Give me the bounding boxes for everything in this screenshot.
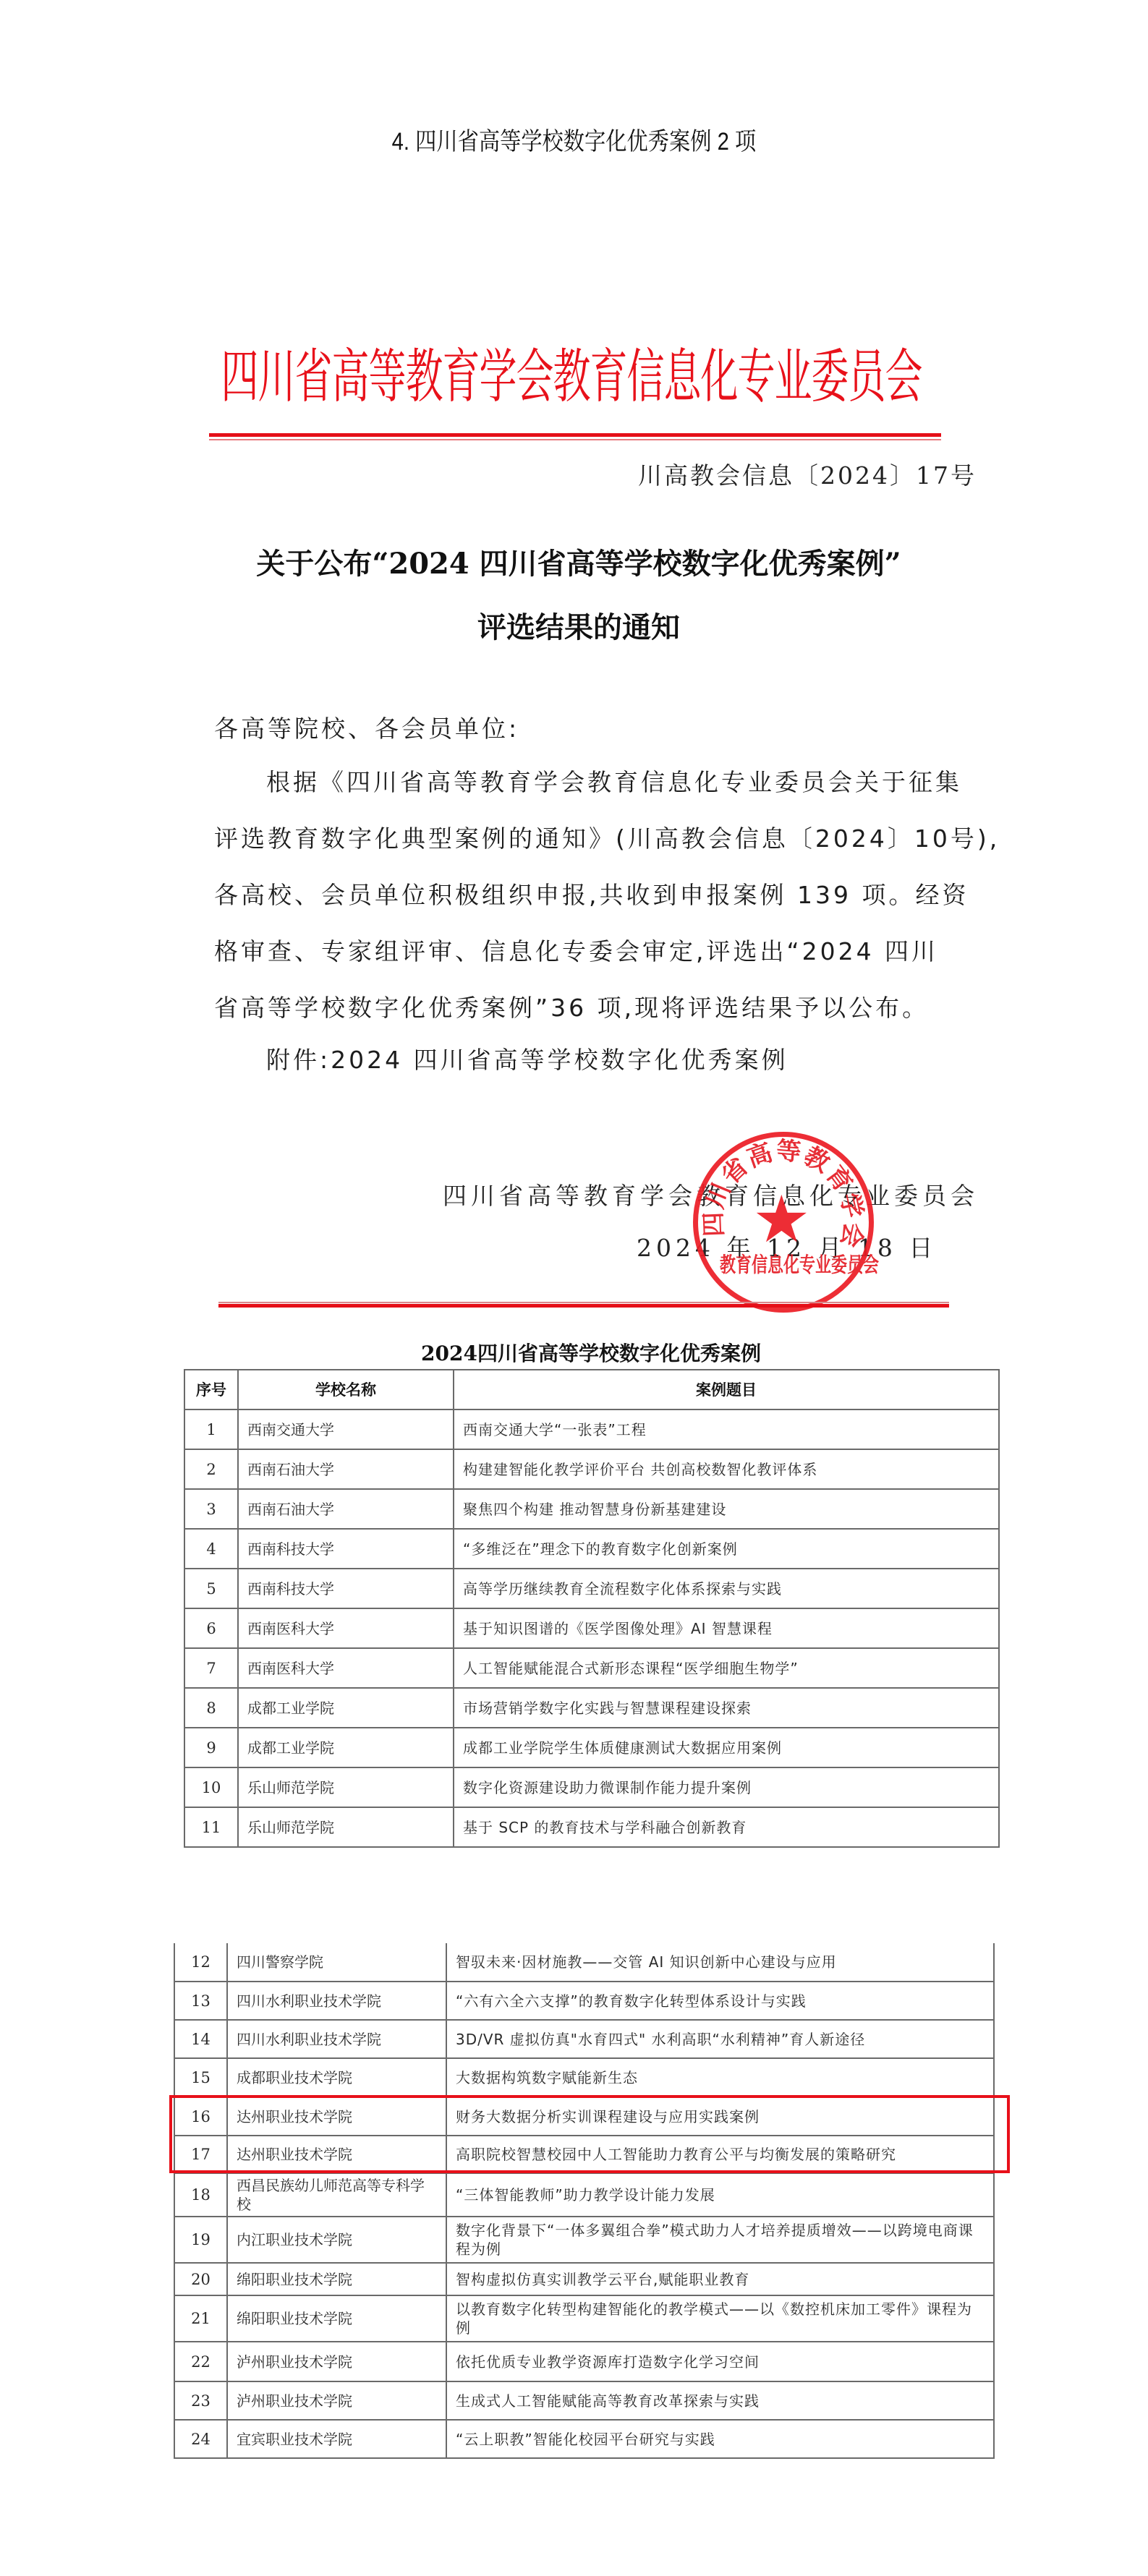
row-no: 19 [174,2217,227,2263]
row-no: 11 [184,1807,238,1847]
table-row: 20绵阳职业技术学院智构虚拟仿真实训教学云平台,赋能职业教育 [174,2263,994,2295]
row-school: 乐山师范学院 [238,1807,454,1847]
table-row: 23泸州职业技术学院生成式人工智能赋能高等教育改革探索与实践 [174,2381,994,2420]
notice-title-line2: 评选结果的通知 [181,605,977,646]
row-case: “云上职教”智能化校园平台研究与实践 [446,2420,994,2458]
row-no: 4 [184,1529,238,1569]
row-school: 西南医科大学 [238,1648,454,1688]
row-no: 1 [184,1409,238,1449]
row-case: 聚焦四个构建 推动智慧身份新基建建设 [454,1489,999,1529]
row-no: 5 [184,1569,238,1608]
row-no: 24 [174,2420,227,2458]
table-row: 9成都工业学院成都工业学院学生体质健康测试大数据应用案例 [184,1728,999,1767]
row-case: “六有六全六支撑”的教育数字化转型体系设计与实践 [446,1982,994,2020]
closing-red-rule-thin [218,1302,949,1303]
row-school: 四川警察学院 [227,1943,446,1982]
highlight-box-rows-16-17 [169,2095,1010,2173]
row-no: 8 [184,1688,238,1728]
row-school: 西南科技大学 [238,1529,454,1569]
header-case: 案例题目 [454,1370,999,1409]
row-school: 西南医科大学 [238,1608,454,1648]
table-row: 24宜宾职业技术学院“云上职教”智能化校园平台研究与实践 [174,2420,994,2458]
row-case: 数字化背景下“一体多翼组合拳”模式助力人才培养提质增效——以跨境电商课程为例 [446,2217,994,2263]
attachment-line: 附件:2024 四川省高等学校数字化优秀案例 [266,1041,997,1075]
table-row: 18西昌民族幼儿师范高等专科学校“三体智能教师”助力教学设计能力发展 [174,2173,994,2217]
letterhead-org-name: 四川省高等教育学会教育信息化专业委员会 [217,349,926,407]
table-row: 2西南石油大学构建建智能化教学评价平台 共创高校数智化教评体系 [184,1449,999,1489]
row-no: 6 [184,1608,238,1648]
row-case: 3D/VR 虚拟仿真"水育四式" 水利高职“水利精神”育人新途径 [446,2020,994,2058]
row-school: 四川水利职业技术学院 [227,2020,446,2058]
table-row: 21绵阳职业技术学院以教育数字化转型构建智能化的教学模式——以《数控机床加工零件… [174,2295,994,2342]
row-school: 西南石油大学 [238,1449,454,1489]
row-no: 10 [184,1767,238,1807]
row-school: 泸州职业技术学院 [227,2381,446,2420]
table-row: 11乐山师范学院基于 SCP 的教育技术与学科融合创新教育 [184,1807,999,1847]
salutation: 各高等院校、各会员单位: [214,710,945,744]
row-no: 2 [184,1449,238,1489]
seal-bottom-text: 教育信息化专业委员会 [720,1249,850,1278]
closing-red-rule [218,1304,949,1308]
letterhead-red-rule-thin [209,439,941,440]
table-row: 5西南科技大学高等学历继续教育全流程数字化体系探索与实践 [184,1569,999,1608]
table-row: 3西南石油大学聚焦四个构建 推动智慧身份新基建建设 [184,1489,999,1529]
table-row: 19内江职业技术学院数字化背景下“一体多翼组合拳”模式助力人才培养提质增效——以… [174,2217,994,2263]
row-school: 成都职业技术学院 [227,2058,446,2097]
body-line: 各高校、会员单位积极组织申报,共收到申报案例 139 项。经资 [214,877,945,910]
star-icon: ★ [752,1187,811,1253]
row-no: 20 [174,2263,227,2295]
row-no: 23 [174,2381,227,2420]
row-case: 智驭未来·因材施教——交管 AI 知识创新中心建设与应用 [446,1943,994,1982]
row-case: 依托优质专业教学资源库打造数字化学习空间 [446,2342,994,2381]
row-no: 3 [184,1489,238,1529]
table-row: 7西南医科大学人工智能赋能混合式新形态课程“医学细胞生物学” [184,1648,999,1688]
body-line: 根据《四川省高等教育学会教育信息化专业委员会关于征集 [266,764,997,798]
table-row: 14四川水利职业技术学院3D/VR 虚拟仿真"水育四式" 水利高职“水利精神”育… [174,2020,994,2058]
row-school: 西南交通大学 [238,1409,454,1449]
table-title: 2024四川省高等学校数字化优秀案例 [184,1338,998,1367]
row-no: 18 [174,2173,227,2217]
row-school: 绵阳职业技术学院 [227,2295,446,2342]
row-case: “三体智能教师”助力教学设计能力发展 [446,2173,994,2217]
header-school: 学校名称 [238,1370,454,1409]
row-case: 基于 SCP 的教育技术与学科融合创新教育 [454,1807,999,1847]
row-no: 12 [174,1943,227,1982]
header-no: 序号 [184,1370,238,1409]
row-school: 泸州职业技术学院 [227,2342,446,2381]
row-case: 市场营销学数字化实践与智慧课程建设探索 [454,1688,999,1728]
body-line: 省高等学校数字化优秀案例”36 项,现将评选结果予以公布。 [214,989,945,1023]
row-school: 成都工业学院 [238,1728,454,1767]
official-seal: 四川省高等教育学会 ★ 教育信息化专业委员会 [693,1132,874,1313]
table-row: 8成都工业学院市场营销学数字化实践与智慧课程建设探索 [184,1688,999,1728]
row-school: 西昌民族幼儿师范高等专科学校 [227,2173,446,2217]
table-row: 22泸州职业技术学院依托优质专业教学资源库打造数字化学习空间 [174,2342,994,2381]
row-no: 14 [174,2020,227,2058]
row-case: 人工智能赋能混合式新形态课程“医学细胞生物学” [454,1648,999,1688]
row-school: 绵阳职业技术学院 [227,2263,446,2295]
row-case: 大数据构筑数字赋能新生态 [446,2058,994,2097]
table-row: 10乐山师范学院数字化资源建设助力微课制作能力提升案例 [184,1767,999,1807]
body-line: 评选教育数字化典型案例的通知》(川高教会信息〔2024〕10号), [214,820,945,854]
row-school: 四川水利职业技术学院 [227,1982,446,2020]
row-no: 9 [184,1728,238,1767]
table-row: 13四川水利职业技术学院“六有六全六支撑”的教育数字化转型体系设计与实践 [174,1982,994,2020]
table-header-row: 序号 学校名称 案例题目 [184,1370,999,1409]
notice-title-line1: 关于公布“2024 四川省高等学校数字化优秀案例” [181,541,977,582]
table-row: 4西南科技大学“多维泛在”理念下的教育数字化创新案例 [184,1529,999,1569]
row-no: 7 [184,1648,238,1688]
table-row: 15成都职业技术学院大数据构筑数字赋能新生态 [174,2058,994,2097]
section-caption: 4. 四川省高等学校数字化优秀案例 2 项 [80,121,1068,157]
row-no: 22 [174,2342,227,2381]
row-case: 基于知识图谱的《医学图像处理》AI 智慧课程 [454,1608,999,1648]
row-case: 构建建智能化教学评价平台 共创高校数智化教评体系 [454,1449,999,1489]
row-case: “多维泛在”理念下的教育数字化创新案例 [454,1529,999,1569]
row-case: 高等学历继续教育全流程数字化体系探索与实践 [454,1569,999,1608]
cases-table-page2: 12四川警察学院智驭未来·因材施教——交管 AI 知识创新中心建设与应用 13四… [174,1943,995,2459]
row-no: 15 [174,2058,227,2097]
row-no: 21 [174,2295,227,2342]
row-case: 生成式人工智能赋能高等教育改革探索与实践 [446,2381,994,2420]
row-case: 成都工业学院学生体质健康测试大数据应用案例 [454,1728,999,1767]
letterhead-red-rule [209,433,941,437]
row-school: 西南石油大学 [238,1489,454,1529]
table-row: 1西南交通大学西南交通大学“一张表”工程 [184,1409,999,1449]
cases-table-page1: 序号 学校名称 案例题目 1西南交通大学西南交通大学“一张表”工程 2西南石油大… [184,1369,1000,1848]
table-row: 12四川警察学院智驭未来·因材施教——交管 AI 知识创新中心建设与应用 [174,1943,994,1982]
table-row: 6西南医科大学基于知识图谱的《医学图像处理》AI 智慧课程 [184,1608,999,1648]
row-case: 以教育数字化转型构建智能化的教学模式——以《数控机床加工零件》课程为例 [446,2295,994,2342]
row-school: 内江职业技术学院 [227,2217,446,2263]
row-school: 宜宾职业技术学院 [227,2420,446,2458]
body-line: 格审查、专家组评审、信息化专委会审定,评选出“2024 四川 [214,933,945,967]
document-number: 川高教会信息〔2024〕17号 [600,457,977,491]
row-school: 乐山师范学院 [238,1767,454,1807]
row-case: 数字化资源建设助力微课制作能力提升案例 [454,1767,999,1807]
row-no: 13 [174,1982,227,2020]
row-school: 成都工业学院 [238,1688,454,1728]
row-case: 西南交通大学“一张表”工程 [454,1409,999,1449]
row-school: 西南科技大学 [238,1569,454,1608]
row-case: 智构虚拟仿真实训教学云平台,赋能职业教育 [446,2263,994,2295]
